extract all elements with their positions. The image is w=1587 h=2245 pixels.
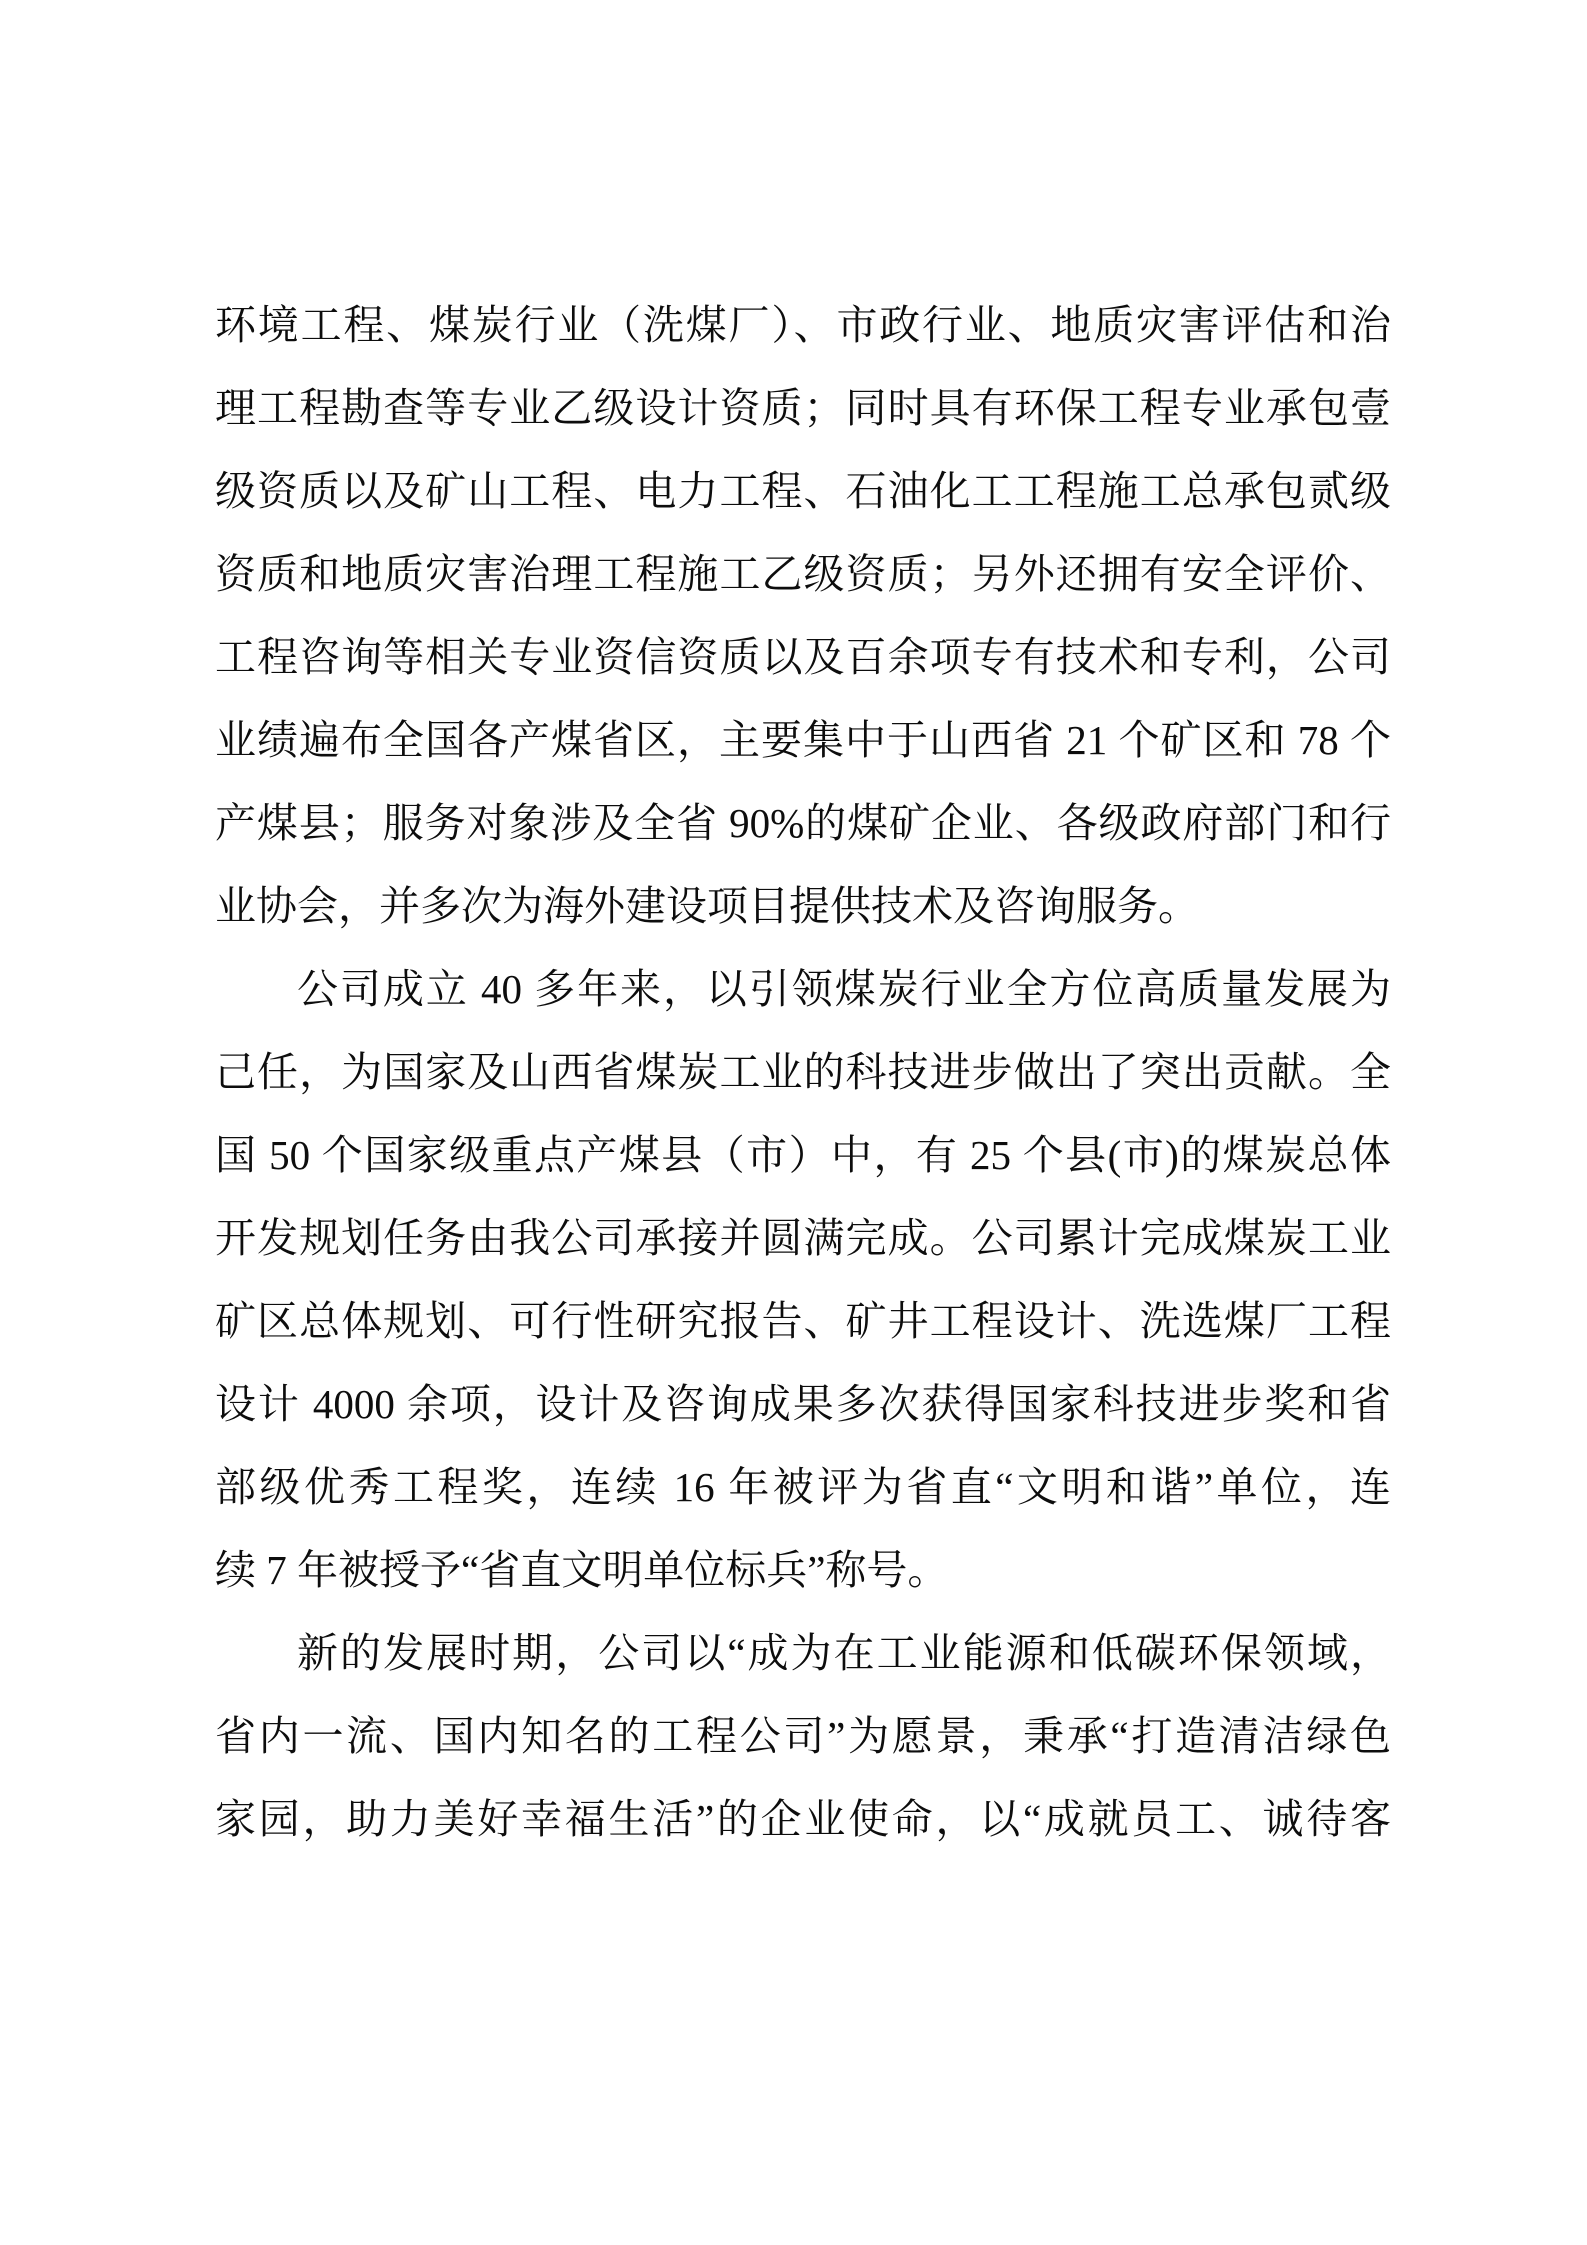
text-line: 续 7 年被授予“省直文明单位标兵”称号。 xyxy=(215,1529,1391,1612)
text-line: 环境工程、煤炭行业（洗煤厂）、市政行业、地质灾害评估和治 xyxy=(215,284,1391,367)
text-line: 业绩遍布全国各产煤省区，主要集中于山西省 21 个矿区和 78 个 xyxy=(215,699,1391,782)
text-line: 设计 4000 余项，设计及咨询成果多次获得国家科技进步奖和省 xyxy=(215,1363,1391,1446)
paragraph: 公司成立 40 多年来，以引领煤炭行业全方位高质量发展为己任，为国家及山西省煤炭… xyxy=(215,948,1391,1612)
text-line: 公司成立 40 多年来，以引领煤炭行业全方位高质量发展为 xyxy=(215,948,1391,1031)
paragraph: 环境工程、煤炭行业（洗煤厂）、市政行业、地质灾害评估和治理工程勘查等专业乙级设计… xyxy=(215,284,1391,948)
text-line: 理工程勘查等专业乙级设计资质；同时具有环保工程专业承包壹 xyxy=(215,367,1391,450)
paragraph: 新的发展时期，公司以“成为在工业能源和低碳环保领域，省内一流、国内知名的工程公司… xyxy=(215,1612,1391,1861)
text-line: 省内一流、国内知名的工程公司”为愿景，秉承“打造清洁绿色 xyxy=(215,1695,1391,1778)
text-line: 国 50 个国家级重点产煤县（市）中，有 25 个县(市)的煤炭总体 xyxy=(215,1114,1391,1197)
text-line: 矿区总体规划、可行性研究报告、矿井工程设计、洗选煤厂工程 xyxy=(215,1280,1391,1363)
text-line: 开发规划任务由我公司承接并圆满完成。公司累计完成煤炭工业 xyxy=(215,1197,1391,1280)
text-line: 己任，为国家及山西省煤炭工业的科技进步做出了突出贡献。全 xyxy=(215,1031,1391,1114)
text-line: 部级优秀工程奖，连续 16 年被评为省直“文明和谐”单位，连 xyxy=(215,1446,1391,1529)
text-line: 资质和地质灾害治理工程施工乙级资质；另外还拥有安全评价、 xyxy=(215,533,1391,616)
document-page: 环境工程、煤炭行业（洗煤厂）、市政行业、地质灾害评估和治理工程勘查等专业乙级设计… xyxy=(0,0,1587,2245)
document-body: 环境工程、煤炭行业（洗煤厂）、市政行业、地质灾害评估和治理工程勘查等专业乙级设计… xyxy=(215,284,1391,1861)
text-line: 工程咨询等相关专业资信资质以及百余项专有技术和专利，公司 xyxy=(215,616,1391,699)
text-line: 新的发展时期，公司以“成为在工业能源和低碳环保领域， xyxy=(215,1612,1391,1695)
text-line: 级资质以及矿山工程、电力工程、石油化工工程施工总承包贰级 xyxy=(215,450,1391,533)
text-line: 产煤县；服务对象涉及全省 90%的煤矿企业、各级政府部门和行 xyxy=(215,782,1391,865)
text-line: 家园，助力美好幸福生活”的企业使命，以“成就员工、诚待客 xyxy=(215,1778,1391,1861)
text-line: 业协会，并多次为海外建设项目提供技术及咨询服务。 xyxy=(215,865,1391,948)
